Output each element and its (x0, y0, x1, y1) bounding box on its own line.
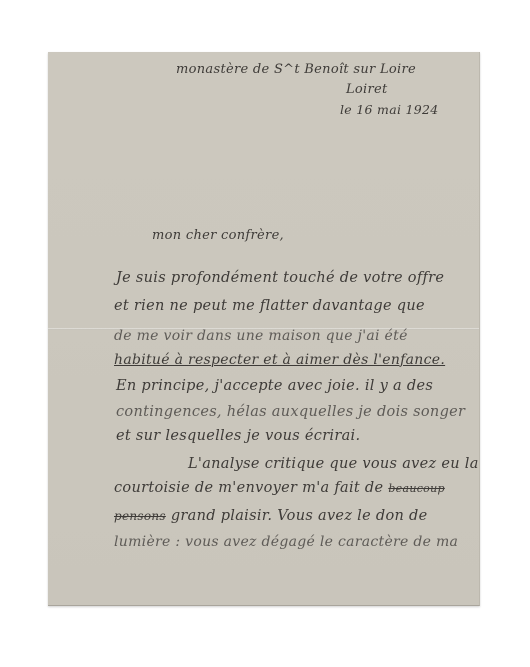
letter-line-4: habitué à respecter et à aimer dès l'enf… (114, 352, 445, 368)
letter-salutation: mon cher confrère, (152, 228, 284, 243)
letter-header-place: monastère de S^t Benoît sur Loire (176, 62, 416, 77)
letter-line-1: Je suis profondément touché de votre off… (116, 270, 444, 286)
letter-line-7: et sur lesquelles je vous écrirai. (116, 428, 360, 444)
letter-line-6: contingences, hélas auxquelles je dois s… (116, 404, 465, 420)
letter-line-9-text: courtoisie de m'envoyer m'a fait de (114, 480, 383, 496)
letter-line-3: de me voir dans une maison que j'ai été (114, 328, 408, 344)
struck-word-1: beaucoup (388, 482, 445, 495)
letter-line-9: courtoisie de m'envoyer m'a fait de beau… (114, 480, 445, 496)
letter-header-region: Loiret (346, 82, 388, 97)
letter-line-5: En principe, j'accepte avec joie. il y a… (116, 378, 433, 394)
letter-line-4-text: habitué à respecter et à aimer dès l'enf… (114, 352, 445, 368)
letter-line-8: L'analyse critique que vous avez eu la (188, 456, 479, 472)
letter-line-10: pensons grand plaisir. Vous avez le don … (114, 508, 428, 524)
letter-line-2: et rien ne peut me flatter davantage que (114, 298, 425, 314)
letter-paper: monastère de S^t Benoît sur Loire Loiret… (48, 52, 480, 606)
letter-line-10-text: grand plaisir. Vous avez le don de (171, 508, 428, 524)
letter-line-11: lumière : vous avez dégagé le caractère … (114, 534, 458, 550)
letter-date: le 16 mai 1924 (340, 102, 439, 117)
struck-word-2: pensons (114, 509, 166, 523)
